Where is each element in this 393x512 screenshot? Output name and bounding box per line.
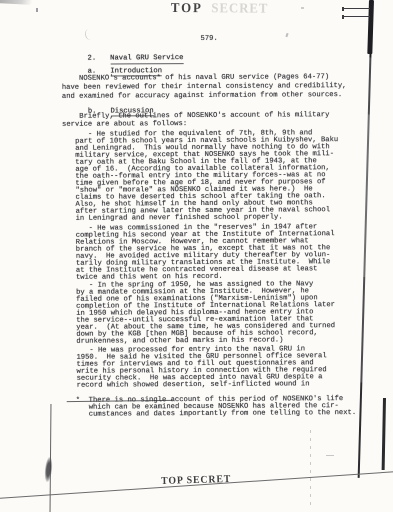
scanned-document-page: TOPSECRET TOP SECRET 579. 2.Naval GRU Se…: [0, 0, 393, 512]
bullet-paragraph-navy-assignment: - In the spring of 1950, he was assigned…: [76, 281, 335, 346]
bullet-paragraph-gru-entry: - He was processed for entry into the na…: [76, 346, 326, 390]
bullet-paragraph-commission: - He was commissioned in the "reserves" …: [76, 224, 335, 282]
footnote: * There is no single account of this per…: [76, 396, 356, 419]
discussion-lead-paragraph: Briefly, the outlines of NOSENKO's accou…: [62, 111, 330, 129]
intro-paragraph: NOSENKO's accounts* of his naval GRU ser…: [62, 73, 347, 102]
bullet-paragraph-schooling: - He studied for the equivalent of 7th, …: [75, 130, 339, 223]
typed-content: 579. 2.Naval GRU Service a.Introduction …: [0, 0, 393, 512]
page-number: 579.: [200, 36, 217, 43]
